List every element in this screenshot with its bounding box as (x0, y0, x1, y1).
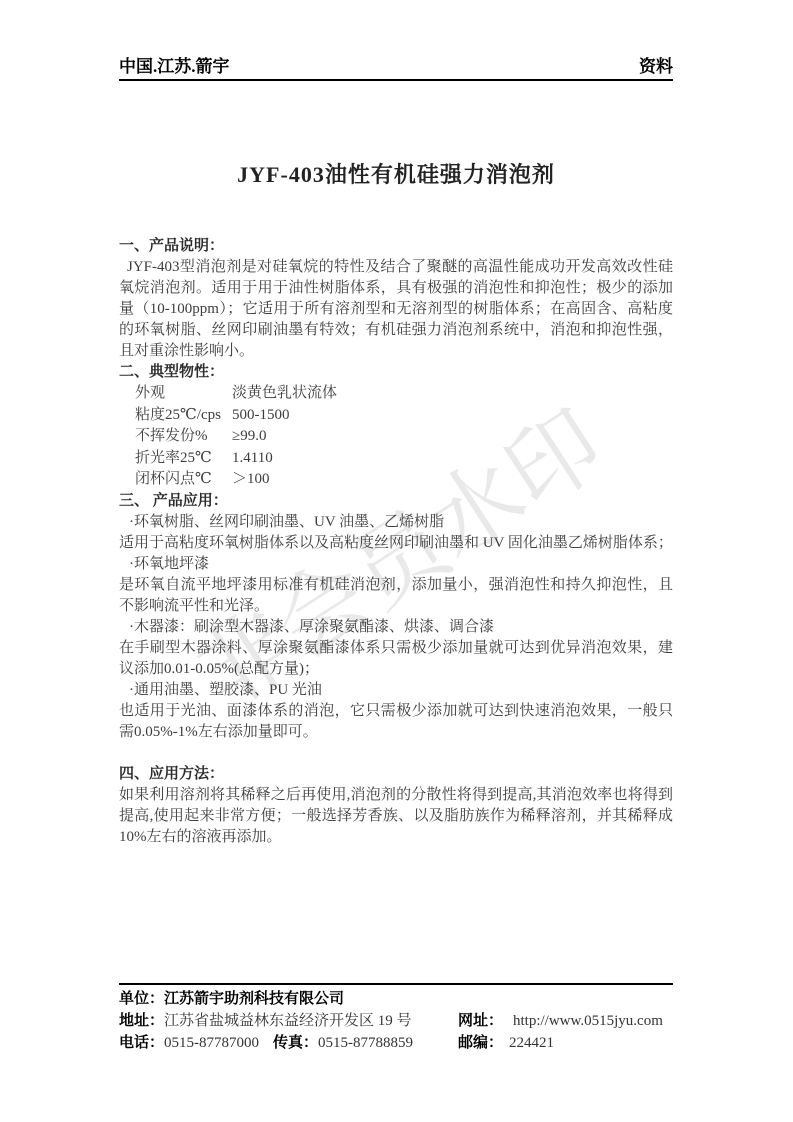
zip-label: 邮编： (458, 1035, 503, 1051)
website-label: 网址： (458, 1013, 503, 1029)
property-value: 500-1500 (232, 405, 673, 427)
zip-value: 224421 (509, 1035, 554, 1051)
fax-label: 传真： (273, 1035, 318, 1051)
property-label: 粘度25℃/cps (135, 405, 232, 427)
header-left-text: 中国.江苏.箭宇 (119, 52, 230, 77)
property-label: 闭杯闪点℃ (135, 469, 232, 491)
property-row: 不挥发份% ≥99.0 (119, 426, 673, 448)
header-right-text: 资料 (639, 52, 673, 77)
property-row: 外观 淡黄色乳状流体 (119, 383, 673, 405)
bullet-line: ·通用油墨、塑胶漆、PU 光油 (119, 680, 673, 701)
text-line: 是环氧自流平地坪漆用标准有机硅消泡剂，添加量小，强消泡性和持久抑泡性，且不影响流… (119, 575, 673, 617)
properties-table: 外观 淡黄色乳状流体 粘度25℃/cps 500-1500 不挥发份% ≥99.… (119, 383, 673, 491)
property-label: 折光率25℃ (135, 448, 232, 470)
website-value: http://www.0515jyu.com (513, 1013, 663, 1029)
property-label: 不挥发份% (135, 426, 232, 448)
address-value: 江苏省盐城益林东益经济开发区 19 号 (164, 1013, 412, 1029)
page-header: 中国.江苏.箭宇 资料 (119, 52, 673, 81)
property-value: ＞100 (232, 469, 673, 491)
section-3-heading: 三、 产品应用： (119, 491, 673, 512)
website-cell: 网址：http://www.0515jyu.com (458, 1010, 673, 1032)
property-row: 折光率25℃ 1.4110 (119, 448, 673, 470)
property-value: ≥99.0 (232, 426, 673, 448)
property-label: 外观 (135, 383, 232, 405)
section-4-paragraph: 如果利用溶剂将其稀释之后再使用,消泡剂的分散性将得到提高,其消泡效率也将得到提高… (119, 785, 673, 848)
bullet-line: ·环氧树脂、丝网印刷油墨、UV 油墨、乙烯树脂 (119, 512, 673, 533)
fax-value: 0515-87788859 (318, 1035, 413, 1051)
footer-address-row: 地址：江苏省盐城益林东益经济开发区 19 号 网址：http://www.051… (119, 1010, 673, 1032)
text-line: 适用于高粘度环氧树脂体系以及高粘度丝网印刷油墨和 UV 固化油墨乙烯树脂体系； (119, 533, 673, 554)
zip-cell: 邮编：224421 (458, 1032, 673, 1054)
property-row: 闭杯闪点℃ ＞100 (119, 469, 673, 491)
company-label: 单位： (119, 988, 164, 1010)
address-cell: 地址：江苏省盐城益林东益经济开发区 19 号 (119, 1010, 458, 1032)
property-value: 淡黄色乳状流体 (232, 383, 673, 405)
property-row: 粘度25℃/cps 500-1500 (119, 405, 673, 427)
text-line: 也适用于光油、面漆体系的消泡，它只需极少添加就可达到快速消泡效果，一般只需0.0… (119, 701, 673, 743)
section-1-paragraph: JYF-403型消泡剂是对硅氧烷的特性及结合了聚醚的高温性能成功开发高效改性硅氧… (119, 257, 673, 362)
bullet-line: ·环氧地坪漆 (119, 554, 673, 575)
page-footer: 单位： 江苏箭宇助剂科技有限公司 地址：江苏省盐城益林东益经济开发区 19 号 … (119, 983, 673, 1054)
phone-value: 0515-87787000 (164, 1035, 259, 1051)
footer-phone-row: 电话：0515-87787000传真：0515-87788859 邮编：2244… (119, 1032, 673, 1054)
property-value: 1.4110 (232, 448, 673, 470)
text-line: 在手刷型木器涂料、厚涂聚氨酯漆体系只需极少添加量就可达到优异消泡效果，建议添加0… (119, 638, 673, 680)
section-4-heading: 四、应用方法： (119, 764, 673, 785)
section-2-heading: 二、典型物性： (119, 362, 673, 383)
phone-label: 电话： (119, 1035, 164, 1051)
phone-cell: 电话：0515-87787000传真：0515-87788859 (119, 1032, 458, 1054)
company-name: 江苏箭宇助剂科技有限公司 (164, 988, 344, 1010)
address-label: 地址： (119, 1013, 164, 1029)
document-title: JYF-403油性有机硅强力消泡剂 (119, 158, 673, 189)
document-body: 一、产品说明： JYF-403型消泡剂是对硅氧烷的特性及结合了聚醚的高温性能成功… (119, 236, 673, 848)
section-1-heading: 一、产品说明： (119, 236, 673, 257)
footer-company-row: 单位： 江苏箭宇助剂科技有限公司 (119, 988, 673, 1010)
bullet-line: ·木器漆：刷涂型木器漆、厚涂聚氨酯漆、烘漆、调合漆 (119, 617, 673, 638)
document-page: 非会员水印 中国.江苏.箭宇 资料 JYF-403油性有机硅强力消泡剂 一、产品… (0, 0, 793, 1122)
